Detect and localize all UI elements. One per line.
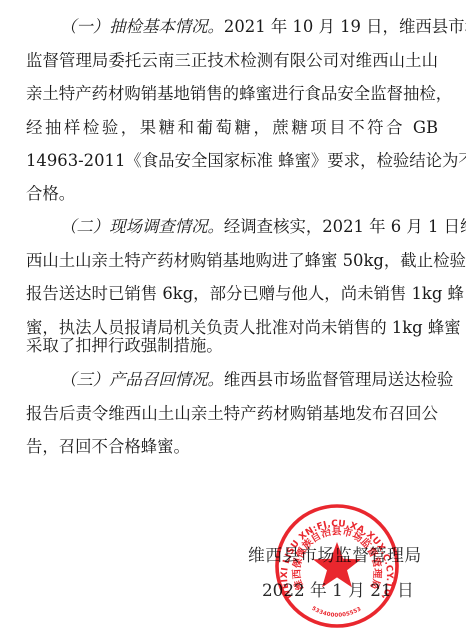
- section-1-line-6: 合格。: [26, 183, 438, 205]
- section-2-heading: （二）现场调查情况。: [60, 217, 224, 236]
- section-2-line-2: 西山土山亲土特产药材购销基地购进了蜂蜜 50kg，截止检验: [26, 250, 438, 272]
- section-2-line-5: 采取了扣押行政强制措施。: [26, 335, 438, 357]
- section-3-line-1: （三）产品召回情况。维西县市场监督管理局送达检验: [60, 369, 438, 391]
- section-3-line-2: 报告后责令维西山土山亲土特产药材购销基地发布召回公: [26, 403, 438, 425]
- section-1-line-5: 14963-2011《食品安全国家标准 蜂蜜》要求，检验结论为不: [26, 150, 438, 172]
- section-1-line-2: 监督管理局委托云南三正技术检测有限公司对维西山土山: [26, 50, 438, 72]
- section-3-text-1: 维西县市场监督管理局送达检验: [224, 370, 453, 389]
- svg-text:5334000005553: 5334000005553: [311, 606, 363, 619]
- section-1-line-3: 亲土特产药材购销基地销售的蜂蜜进行食品安全监督抽检，: [26, 83, 438, 105]
- section-2-text-1: 经调查核实，2021 年 6 月 1 日维: [224, 217, 466, 236]
- section-1-heading: （一）抽检基本情况。: [60, 17, 224, 36]
- section-3-line-3: 告，召回不合格蜂蜜。: [26, 436, 438, 458]
- section-2-line-3: 报告送达时已销售 6kg，部分已赠与他人，尚未销售 1kg 蜂: [26, 283, 438, 305]
- section-1-line-4: 经抽样检验，果糖和葡萄糖，蔗糖项目不符合 GB: [26, 117, 438, 139]
- section-1-line-1: （一）抽检基本情况。2021 年 10 月 19 日，维西县市场: [60, 16, 438, 38]
- section-2-line-1: （二）现场调查情况。经调查核实，2021 年 6 月 1 日维: [60, 216, 438, 238]
- section-1-text-1: 2021 年 10 月 19 日，维西县市场: [224, 17, 466, 36]
- document-page: （一）抽检基本情况。2021 年 10 月 19 日，维西县市场 监督管理局委托…: [0, 0, 466, 630]
- section-3-heading: （三）产品召回情况。: [60, 370, 224, 389]
- official-seal-icon: WEIXI LISU XN:FI,CU,XA,XUX.C.CY.TU,KW LI…: [272, 502, 402, 630]
